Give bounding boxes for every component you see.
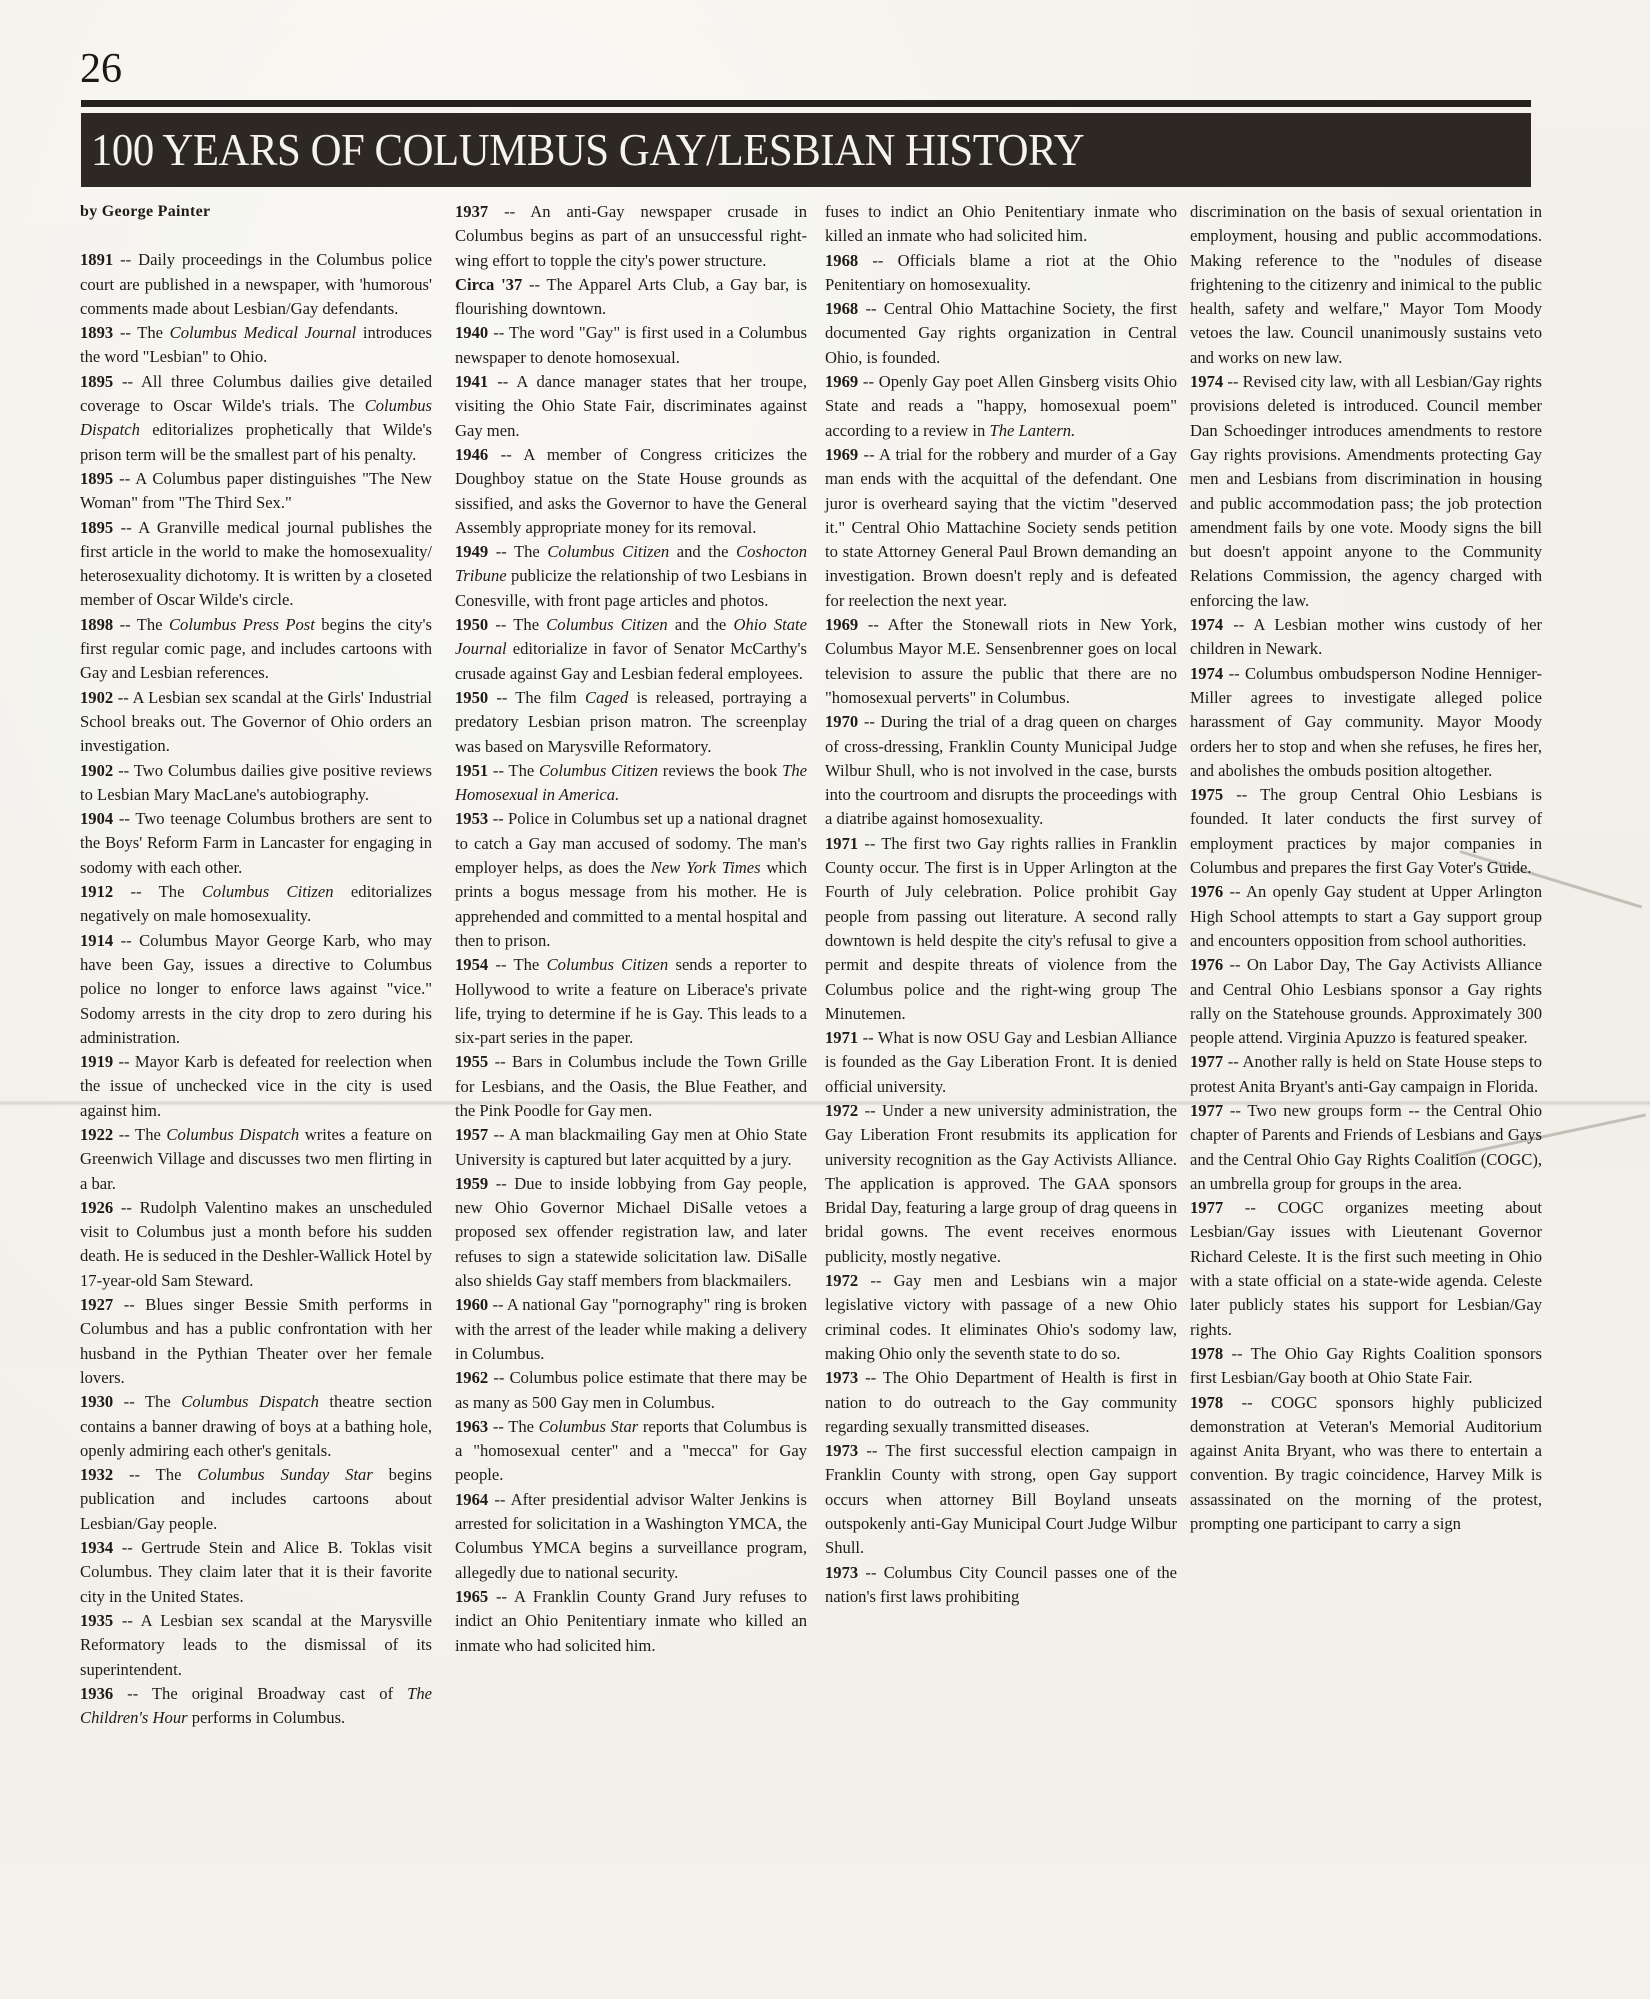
- timeline-entry: 1898 -- The Columbus Press Post begins t…: [80, 613, 432, 686]
- timeline-entry: 1932 -- The Columbus Sunday Star begins …: [80, 1463, 432, 1536]
- timeline-entry: 1968 -- Officials blame a riot at the Oh…: [825, 249, 1177, 298]
- entry-year: 1891: [80, 250, 113, 269]
- timeline-entry: 1919 -- Mayor Karb is defeated for reele…: [80, 1050, 432, 1123]
- entry-year: 1965: [455, 1587, 488, 1606]
- byline: by George Painter: [80, 200, 432, 224]
- entry-year: 1934: [80, 1538, 113, 1557]
- entry-text: publicize the relationship of two Lesbia…: [455, 566, 807, 609]
- entry-text: -- Daily proceedings in the Columbus pol…: [80, 250, 432, 318]
- entry-year: 1937: [455, 202, 488, 221]
- entry-text: -- The: [113, 1465, 197, 1484]
- article-title: 100 YEARS OF COLUMBUS GAY/LESBIAN HISTOR…: [91, 120, 1084, 180]
- entry-year: 1973: [825, 1368, 858, 1387]
- entry-text: and the: [668, 615, 734, 634]
- timeline-entry: 1972 -- Under a new university administr…: [825, 1099, 1177, 1269]
- entry-text: -- Mayor Karb is defeated for reelection…: [80, 1052, 432, 1120]
- publication-title: Columbus Citizen: [202, 882, 334, 901]
- title-band: 100 YEARS OF COLUMBUS GAY/LESBIAN HISTOR…: [81, 113, 1531, 187]
- entry-text: -- Columbus Mayor George Karb, who may h…: [80, 931, 432, 1047]
- timeline-entry: 1974 -- Revised city law, with all Lesbi…: [1190, 370, 1542, 613]
- timeline-entry: 1936 -- The original Broadway cast of Th…: [80, 1682, 432, 1731]
- entry-year: 1971: [825, 1028, 858, 1047]
- entry-year: 1974: [1190, 664, 1223, 683]
- entry-year: 1970: [825, 712, 858, 731]
- entry-year: 1960: [455, 1295, 488, 1314]
- timeline-entry: 1965 -- A Franklin County Grand Jury re­…: [455, 1585, 807, 1658]
- entry-year: 1978: [1190, 1393, 1223, 1412]
- entry-text: performs in Columbus.: [188, 1708, 346, 1727]
- timeline-entry: 1953 -- Police in Columbus set up a nati…: [455, 807, 807, 953]
- timeline-entry: 1959 -- Due to inside lobbying from Gay …: [455, 1172, 807, 1293]
- entry-text: -- Officials blame a riot at the Ohio Pe…: [825, 251, 1177, 294]
- timeline-entry: 1968 -- Central Ohio Mattachine Society,…: [825, 297, 1177, 370]
- entry-year: 1895: [80, 518, 113, 537]
- header-rule: [81, 100, 1531, 107]
- entry-text: -- A trial for the robbery and murder of…: [825, 445, 1177, 610]
- entry-year: 1936: [80, 1684, 113, 1703]
- entry-text: -- On Labor Day, The Gay Activists Allia…: [1190, 955, 1542, 1047]
- entry-text: -- A Franklin County Grand Jury re­fuses…: [455, 1587, 807, 1655]
- entry-year: Circa '37: [455, 275, 522, 294]
- entry-year: 1895: [80, 469, 113, 488]
- entry-year: 1968: [825, 251, 858, 270]
- timeline-entry: 1893 -- The Columbus Medical Journal int…: [80, 321, 432, 370]
- article-body: by George Painter 1891 -- Daily proceedi…: [80, 200, 1540, 1980]
- publication-title: New York Times: [651, 858, 761, 877]
- entry-year: 1972: [825, 1271, 858, 1290]
- publication-title: Columbus Dispatch: [181, 1392, 319, 1411]
- entry-text: -- The Ohio Department of Health is firs…: [825, 1368, 1177, 1436]
- timeline-entry: 1895 -- A Granville medical journal publ…: [80, 516, 432, 613]
- entry-text: -- The word "Gay" is first used in a Col…: [455, 323, 807, 366]
- timeline-entry: 1951 -- The Columbus Citizen reviews the…: [455, 759, 807, 808]
- entry-year: 1957: [455, 1125, 488, 1144]
- entry-year: 1927: [80, 1295, 113, 1314]
- timeline-entry: 1935 -- A Lesbian sex scandal at the Mar…: [80, 1609, 432, 1682]
- publication-title: The Lantern.: [990, 421, 1076, 440]
- entry-year: 1954: [455, 955, 488, 974]
- timeline-entry: 1914 -- Columbus Mayor George Karb, who …: [80, 929, 432, 1050]
- timeline-entry: 1974 -- A Lesbian mother wins custody of…: [1190, 613, 1542, 662]
- timeline-entry: 1895 -- All three Columbus dailies give …: [80, 370, 432, 467]
- timeline-entry: Circa '37 -- The Apparel Arts Club, a Ga…: [455, 273, 807, 322]
- publication-title: Columbus Press Post: [169, 615, 315, 634]
- timeline-entry: 1971 -- What is now OSU Gay and Lesbian …: [825, 1026, 1177, 1099]
- timeline-entry: 1954 -- The Columbus Citizen sends a rep…: [455, 953, 807, 1050]
- timeline-entry: 1937 -- An anti-Gay newspaper crusade in…: [455, 200, 807, 273]
- timeline-entry: 1891 -- Daily proceedings in the Columbu…: [80, 248, 432, 321]
- entry-text: -- The: [488, 542, 547, 561]
- timeline-entry: 1964 -- After presidential advisor Walte…: [455, 1488, 807, 1585]
- publication-title: Columbus Sunday Star: [197, 1465, 373, 1484]
- timeline-entry: 1973 -- The Ohio Department of Health is…: [825, 1366, 1177, 1439]
- entry-text: -- Bars in Columbus include the Town Gri…: [455, 1052, 807, 1120]
- timeline-entry: 1912 -- The Columbus Citizen editorializ…: [80, 880, 432, 929]
- entry-text: -- Central Ohio Mattachine Society, the …: [825, 299, 1177, 367]
- publication-title: Columbus Citizen: [547, 955, 669, 974]
- entry-text: -- The original Broadway cast of: [113, 1684, 407, 1703]
- entry-text: -- An openly Gay student at Upper Arling…: [1190, 882, 1542, 950]
- timeline-entry: 1957 -- A man blackmailing Gay men at Oh…: [455, 1123, 807, 1172]
- entry-text: -- The: [488, 1417, 538, 1436]
- timeline-entry: 1969 -- After the Stonewall riots in New…: [825, 613, 1177, 710]
- publication-title: Columbus Citizen: [539, 761, 658, 780]
- entry-year: 1959: [455, 1174, 488, 1193]
- timeline-entry: 1902 -- A Lesbian sex scandal at the Gir…: [80, 686, 432, 759]
- entry-year: 1973: [825, 1563, 858, 1582]
- timeline-entry: 1963 -- The Columbus Star reports that C…: [455, 1415, 807, 1488]
- timeline-entry: 1974 -- Columbus ombudsperson Nodine Hen…: [1190, 662, 1542, 783]
- timeline-entry: 1926 -- Rudolph Valentino makes an unsch…: [80, 1196, 432, 1293]
- entry-text: -- The: [488, 761, 539, 780]
- entry-text: -- Two Columbus dailies give positive re…: [80, 761, 432, 804]
- entry-year: 1975: [1190, 785, 1223, 804]
- timeline-entry: 1973 -- The first successful election ca…: [825, 1439, 1177, 1560]
- entry-year: 1971: [825, 834, 858, 853]
- entry-text: and the: [669, 542, 736, 561]
- timeline-entry: 1960 -- A national Gay "pornography" rin…: [455, 1293, 807, 1366]
- entry-text: -- What is now OSU Gay and Lesbian Allia…: [825, 1028, 1177, 1096]
- publication-title: Columbus Star: [539, 1417, 639, 1436]
- entry-text: -- The: [113, 1125, 166, 1144]
- entry-text: -- A Lesbian sex scandal at the Girls' I…: [80, 688, 432, 756]
- entry-text: -- Blues singer Bessie Smith performs in…: [80, 1295, 432, 1387]
- entry-year: 1893: [80, 323, 113, 342]
- entry-year: 1902: [80, 761, 113, 780]
- entry-year: 1964: [455, 1490, 488, 1509]
- entry-year: 1940: [455, 323, 488, 342]
- entry-text: -- Columbus ombudsperson Nodine Henniger…: [1190, 664, 1542, 780]
- entry-year: 1950: [455, 688, 488, 707]
- entry-year: 1969: [825, 372, 858, 391]
- timeline-entry: 1972 -- Gay men and Lesbians win a major…: [825, 1269, 1177, 1366]
- entry-year: 1919: [80, 1052, 113, 1071]
- entry-year: 1977: [1190, 1101, 1223, 1120]
- entry-text: discrimination on the basis of sexual or…: [1190, 202, 1542, 367]
- entry-text: -- Rudolph Valentino makes an unschedule…: [80, 1198, 432, 1290]
- entry-year: 1962: [455, 1368, 488, 1387]
- entry-text: -- Under a new university administration…: [825, 1101, 1177, 1266]
- entry-text: -- A Lesbian mother wins custody of her …: [1190, 615, 1542, 658]
- timeline-entry: 1949 -- The Columbus Citizen and the Cos…: [455, 540, 807, 613]
- timeline-entry: 1946 -- A member of Congress criticizes …: [455, 443, 807, 540]
- entry-text: -- COGC sponsors highly publicized demon…: [1190, 1393, 1542, 1533]
- entry-text: -- A member of Congress criticizes the D…: [455, 445, 807, 537]
- timeline-entry: 1978 -- COGC sponsors highly publicized …: [1190, 1391, 1542, 1537]
- timeline-entry: 1970 -- During the trial of a drag queen…: [825, 710, 1177, 831]
- entry-text: -- Due to inside lobbying from Gay peopl…: [455, 1174, 807, 1290]
- entry-year: 1963: [455, 1417, 488, 1436]
- text-column-4: discrimination on the basis of sexual or…: [1190, 200, 1542, 1536]
- timeline-entry: 1978 -- The Ohio Gay Rights Coalition sp…: [1190, 1342, 1542, 1391]
- entry-text: -- After the Stonewall riots in New York…: [825, 615, 1177, 707]
- timeline-entry: 1934 -- Gertrude Stein and Alice B. Tokl…: [80, 1536, 432, 1609]
- entry-text: reviews the book: [658, 761, 782, 780]
- entry-year: 1922: [80, 1125, 113, 1144]
- entry-year: 1978: [1190, 1344, 1223, 1363]
- entry-text: -- The first successful election campaig…: [825, 1441, 1177, 1557]
- timeline-entry: 1904 -- Two teenage Columbus brothers ar…: [80, 807, 432, 880]
- publication-title: Columbus Citizen: [547, 542, 669, 561]
- entry-year: 1930: [80, 1392, 113, 1411]
- entry-year: 1912: [80, 882, 113, 901]
- text-column-3: fuses to indict an Ohio Penitentiary inm…: [825, 200, 1177, 1609]
- entry-text: -- The: [113, 615, 169, 634]
- entry-text: -- COGC organizes meeting about Lesbian/…: [1190, 1198, 1542, 1338]
- entry-text: -- Gertrude Stein and Alice B. Toklas vi…: [80, 1538, 432, 1606]
- entry-text: -- The: [113, 1392, 181, 1411]
- timeline-entry: 1895 -- A Columbus paper distinguishes "…: [80, 467, 432, 516]
- timeline-entry: 1930 -- The Columbus Dispatch theatre se…: [80, 1390, 432, 1463]
- timeline-entry: 1976 -- On Labor Day, The Gay Activists …: [1190, 953, 1542, 1050]
- entry-year: 1895: [80, 372, 113, 391]
- entry-year: 1974: [1190, 372, 1223, 391]
- text-column-2: 1937 -- An anti-Gay newspaper crusade in…: [455, 200, 807, 1658]
- timeline-entry: 1975 -- The group Central Ohio Lesbians …: [1190, 783, 1542, 880]
- publication-title: Columbus Medical Journal: [170, 323, 357, 342]
- entry-text: -- Columbus City Council passes one of t…: [825, 1563, 1177, 1606]
- entry-text: -- Revised city law, with all Lesbian/Ga…: [1190, 372, 1542, 610]
- entry-year: 1902: [80, 688, 113, 707]
- entry-text: -- A national Gay "pornography" ring is …: [455, 1295, 807, 1363]
- entry-year: 1946: [455, 445, 488, 464]
- entry-year: 1950: [455, 615, 488, 634]
- entry-text: -- A Columbus paper distinguishes "The N…: [80, 469, 432, 512]
- entry-year: 1977: [1190, 1052, 1223, 1071]
- timeline-entry: 1950 -- The film Caged is released, port…: [455, 686, 807, 759]
- entry-text: -- The Ohio Gay Rights Coalition sponsor…: [1190, 1344, 1542, 1387]
- entry-year: 1904: [80, 809, 113, 828]
- entry-year: 1949: [455, 542, 488, 561]
- text-column-1: by George Painter 1891 -- Daily proceedi…: [80, 200, 432, 1730]
- entry-text: -- The group Central Ohio Lesbians is fo…: [1190, 785, 1542, 877]
- timeline-entry: 1969 -- A trial for the robbery and murd…: [825, 443, 1177, 613]
- publication-title: Columbus Dispatch: [166, 1125, 299, 1144]
- newspaper-page: 26 100 YEARS OF COLUMBUS GAY/LESBIAN HIS…: [0, 0, 1650, 1999]
- timeline-entry: discrimination on the basis of sexual or…: [1190, 200, 1542, 370]
- entry-year: 1941: [455, 372, 488, 391]
- timeline-entry: 1977 -- Another rally is held on State H…: [1190, 1050, 1542, 1099]
- timeline-entry: 1973 -- Columbus City Council passes one…: [825, 1561, 1177, 1610]
- entry-text: -- Two new groups form -- the Central Oh…: [1190, 1101, 1542, 1193]
- entry-year: 1972: [825, 1101, 858, 1120]
- entry-year: 1969: [825, 445, 858, 464]
- entry-year: 1968: [825, 299, 858, 318]
- entry-text: -- An anti-Gay newspaper crusade in Colu…: [455, 202, 807, 270]
- publication-title: Caged: [585, 688, 628, 707]
- timeline-entry: 1950 -- The Columbus Citizen and the Ohi…: [455, 613, 807, 686]
- timeline-entry: 1927 -- Blues singer Bessie Smith perfor…: [80, 1293, 432, 1390]
- timeline-entry: 1940 -- The word "Gay" is first used in …: [455, 321, 807, 370]
- entry-year: 1969: [825, 615, 858, 634]
- timeline-entry: 1962 -- Columbus police estimate that th…: [455, 1366, 807, 1415]
- timeline-entry: 1977 -- COGC organizes meeting about Les…: [1190, 1196, 1542, 1342]
- entry-year: 1898: [80, 615, 113, 634]
- entry-text: -- A dance manager states that her troup…: [455, 372, 807, 440]
- entry-year: 1977: [1190, 1198, 1223, 1217]
- entry-text: -- The: [113, 882, 202, 901]
- entry-year: 1976: [1190, 955, 1223, 974]
- entry-text: -- Two teenage Columbus brothers are sen…: [80, 809, 432, 877]
- entry-year: 1935: [80, 1611, 113, 1630]
- entry-text: -- The film: [488, 688, 585, 707]
- entry-year: 1955: [455, 1052, 488, 1071]
- entry-text: -- The first two Gay rights rallies in F…: [825, 834, 1177, 1023]
- timeline-entry: 1922 -- The Columbus Dispatch writes a f…: [80, 1123, 432, 1196]
- entry-text: editorialize in favor of Senator McCarth…: [455, 639, 807, 682]
- timeline-entry: 1976 -- An openly Gay student at Upper A…: [1190, 880, 1542, 953]
- entry-text: -- Columbus police estimate that there m…: [455, 1368, 807, 1411]
- page-number: 26: [80, 48, 122, 90]
- entry-year: 1974: [1190, 615, 1223, 634]
- entry-year: 1932: [80, 1465, 113, 1484]
- entry-year: 1976: [1190, 882, 1223, 901]
- entry-text: -- A Lesbian sex scandal at the Marysvil…: [80, 1611, 432, 1679]
- timeline-entry: 1971 -- The first two Gay rights rallies…: [825, 832, 1177, 1026]
- timeline-entry: 1941 -- A dance manager states that her …: [455, 370, 807, 443]
- entry-year: 1926: [80, 1198, 113, 1217]
- entry-text: fuses to indict an Ohio Penitentiary inm…: [825, 202, 1177, 245]
- entry-year: 1914: [80, 931, 113, 950]
- timeline-entry: 1977 -- Two new groups form -- the Centr…: [1190, 1099, 1542, 1196]
- entry-text: -- The: [113, 323, 169, 342]
- entry-text: -- Another rally is held on State House …: [1190, 1052, 1542, 1095]
- entry-year: 1951: [455, 761, 488, 780]
- timeline-entry: fuses to indict an Ohio Penitentiary inm…: [825, 200, 1177, 249]
- entry-text: -- A man blackmailing Gay men at Ohio St…: [455, 1125, 807, 1168]
- entry-text: -- During the trial of a drag queen on c…: [825, 712, 1177, 828]
- entry-text: -- Gay men and Lesbians win a major legi…: [825, 1271, 1177, 1363]
- entry-text: -- The: [488, 955, 546, 974]
- publication-title: Columbus Citizen: [546, 615, 668, 634]
- entry-text: -- A Granville medical journal publishes…: [80, 518, 432, 610]
- timeline-entry: 1969 -- Openly Gay poet Allen Ginsberg v…: [825, 370, 1177, 443]
- timeline-entry: 1902 -- Two Columbus dailies give positi…: [80, 759, 432, 808]
- timeline-entry: 1955 -- Bars in Columbus include the Tow…: [455, 1050, 807, 1123]
- entry-year: 1953: [455, 809, 488, 828]
- entry-year: 1973: [825, 1441, 858, 1460]
- entry-text: -- After presidential advisor Walter Jen…: [455, 1490, 807, 1582]
- entry-text: -- The: [488, 615, 546, 634]
